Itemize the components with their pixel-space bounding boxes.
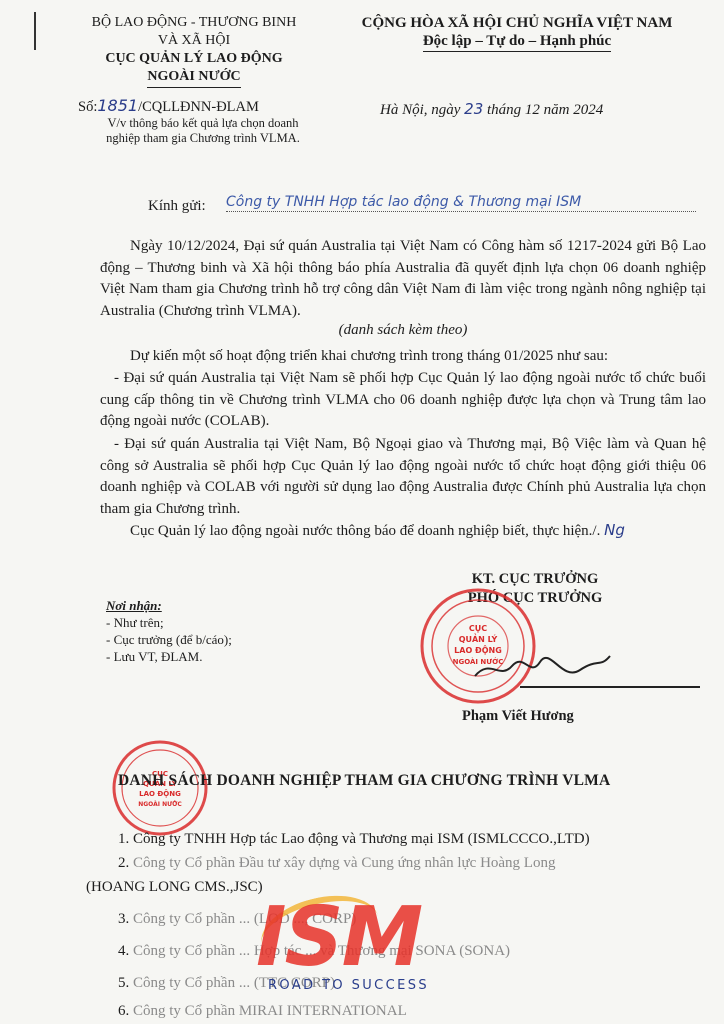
ism-watermark-logo: ISM ROAD TO SUCCESS [250,890,460,1000]
body-bullet-2: - Đại sứ quán Australia tại Việt Nam, Bộ… [100,434,706,520]
recipients-block: Nơi nhận: - Như trên; - Cục trưởng (để b… [106,597,232,665]
addressee-handwritten: Công ty TNHH Hợp tác lao động & Thương m… [226,194,696,212]
body-paragraph-1: Ngày 10/12/2024, Đại sứ quán Australia t… [100,236,706,322]
national-header: CỘNG HÒA XÃ HỘI CHỦ NGHĨA VIỆT NAM Độc l… [318,14,716,52]
body-bullet-1: - Đại sứ quán Australia tại Việt Nam sẽ … [100,368,706,433]
handwritten-number: 1851 [97,96,138,115]
document-number: Số:1851/CQLLĐNN-ĐLAM [78,96,259,116]
subject-line: V/v thông báo kết quả lựa chọn doanh ngh… [78,116,328,146]
official-seal-icon: CỤC QUẢN LÝ LAO ĐỘNG NGOÀI NƯỚC [418,586,538,706]
svg-text:NGOÀI NƯỚC: NGOÀI NƯỚC [138,801,182,808]
svg-text:QUẢN LÝ: QUẢN LÝ [459,633,498,644]
ministry-line2: VÀ XÃ HỘI [78,32,310,50]
margin-mark [34,12,36,50]
recipient-item: - Như trên; [106,614,232,631]
svg-text:CỤC: CỤC [469,624,487,633]
initials-handwritten: Ng [604,521,625,539]
list-item: (HOANG LONG CMS.,JSC) [86,876,263,898]
signature-line [520,686,700,688]
agency-line1: CỤC QUẢN LÝ LAO ĐỘNG [78,50,310,68]
ministry-line1: BỘ LAO ĐỘNG - THƯƠNG BINH [78,14,310,32]
attachment-note: (danh sách kèm theo) [100,322,706,339]
handwritten-day: 23 [464,100,483,118]
country-name: CỘNG HÒA XÃ HỘI CHỦ NGHĨA VIỆT NAM [318,14,716,32]
body-paragraph-2: Dự kiến một số hoạt động triển khai chươ… [100,346,706,368]
addressee-label: Kính gửi: [148,198,206,215]
recipient-item: - Cục trưởng (để b/cáo); [106,631,232,648]
svg-text:LAO ĐỘNG: LAO ĐỘNG [139,789,181,798]
closing-line: Cục Quản lý lao động ngoài nước thông bá… [100,520,706,543]
enterprise-list-title: DANH SÁCH DOANH NGHIỆP THAM GIA CHƯƠNG T… [118,772,610,790]
issuing-agency-header: BỘ LAO ĐỘNG - THƯƠNG BINH VÀ XÃ HỘI CỤC … [78,14,310,88]
recipient-item: - Lưu VT, ĐLAM. [106,648,232,665]
recipients-label: Nơi nhận: [106,597,232,614]
issue-date: Hà Nội, ngày 23 tháng 12 năm 2024 [380,100,603,119]
logo-tagline: ROAD TO SUCCESS [268,978,429,993]
signature-scribble-icon [470,648,620,688]
list-item: 1. Công ty TNHH Hợp tác Lao động và Thươ… [118,828,590,850]
signer-name: Phạm Viết Hương [462,708,574,725]
official-letter: BỘ LAO ĐỘNG - THƯƠNG BINH VÀ XÃ HỘI CỤC … [0,0,724,1024]
list-item: 2. Công ty Cổ phần Đầu tư xây dựng và Cu… [118,852,555,874]
logo-brand: ISM [256,890,421,985]
motto: Độc lập – Tự do – Hạnh phúc [423,32,611,52]
list-item: 6. Công ty Cổ phần MIRAI INTERNATIONAL [118,1000,407,1022]
agency-line2: NGOÀI NƯỚC [147,68,240,88]
